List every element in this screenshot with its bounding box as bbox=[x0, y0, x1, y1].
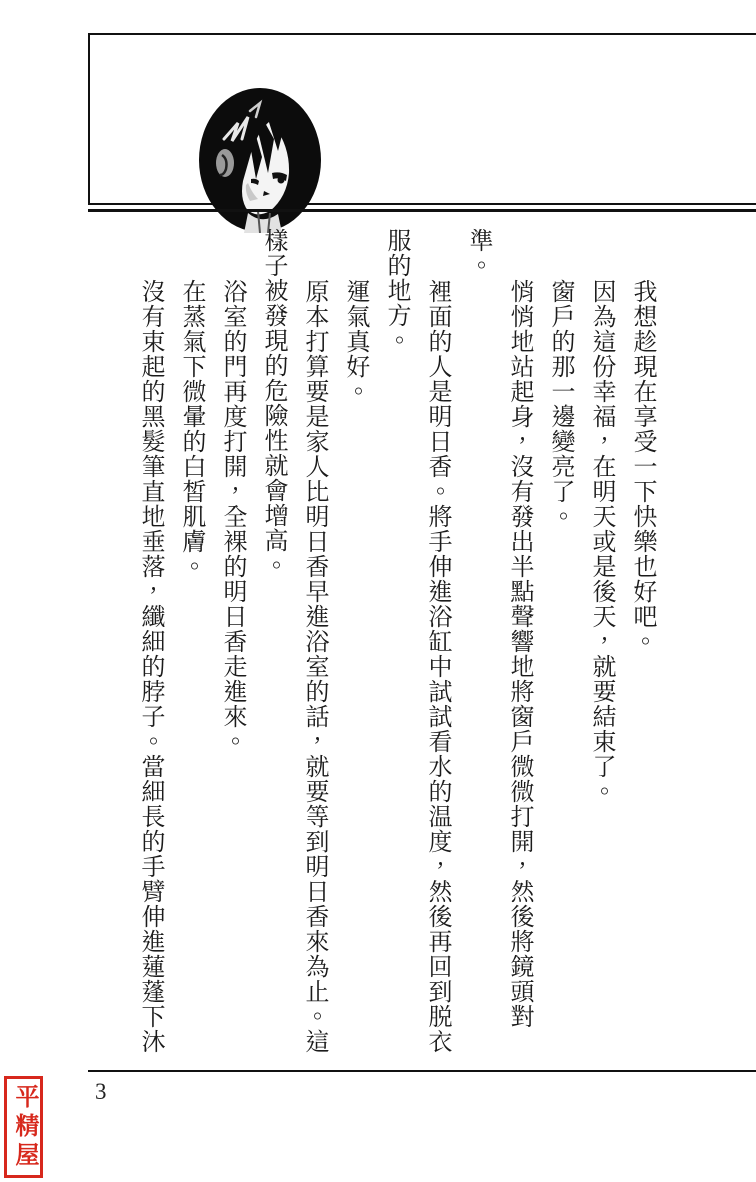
text-column: 因為這份幸福，在明天或是後天，就要結束了。 bbox=[580, 228, 621, 1066]
novel-page: 我想趁現在享受一下快樂也好吧。因為這份幸福，在明天或是後天，就要結束了。窗戶的那… bbox=[0, 0, 756, 1182]
publisher-seal: 平精屋 bbox=[4, 1076, 43, 1178]
text-column: 悄悄地站起身，沒有發出半點聲響地將窗戶微微打開，然後將鏡頭對 bbox=[498, 228, 539, 1066]
footer-rule bbox=[88, 1070, 756, 1072]
text-column: 在蒸氣下微暈的白皙肌膚。 bbox=[170, 228, 211, 1066]
page-number: 3 bbox=[95, 1079, 107, 1105]
text-column: 樣子被發現的危險性就會增高。 bbox=[252, 228, 293, 1066]
text-column: 浴室的門再度打開，全裸的明日香走進來。 bbox=[211, 228, 252, 1066]
text-column: 窗戶的那一邊變亮了。 bbox=[539, 228, 580, 1066]
text-column: 原本打算要是家人比明日香早進浴室的話，就要等到明日香來為止。這 bbox=[293, 228, 334, 1066]
text-column: 我想趁現在享受一下快樂也好吧。 bbox=[621, 228, 662, 1066]
text-column: 準。 bbox=[457, 228, 498, 1066]
novel-text-block: 我想趁現在享受一下快樂也好吧。因為這份幸福，在明天或是後天，就要結束了。窗戶的那… bbox=[129, 228, 662, 1066]
header-double-rule bbox=[88, 209, 756, 212]
header-illustration-box bbox=[88, 33, 756, 205]
text-column: 沒有束起的黑髮筆直地垂落，纖細的脖子。當細長的手臂伸進蓮蓬下沐 bbox=[129, 228, 170, 1066]
text-column: 裡面的人是明日香。將手伸進浴缸中試試看水的温度，然後再回到脱衣 bbox=[416, 228, 457, 1066]
text-column: 服的地方。 bbox=[375, 228, 416, 1066]
seal-text: 平精屋 bbox=[7, 1084, 40, 1171]
text-column: 運氣真好。 bbox=[334, 228, 375, 1066]
